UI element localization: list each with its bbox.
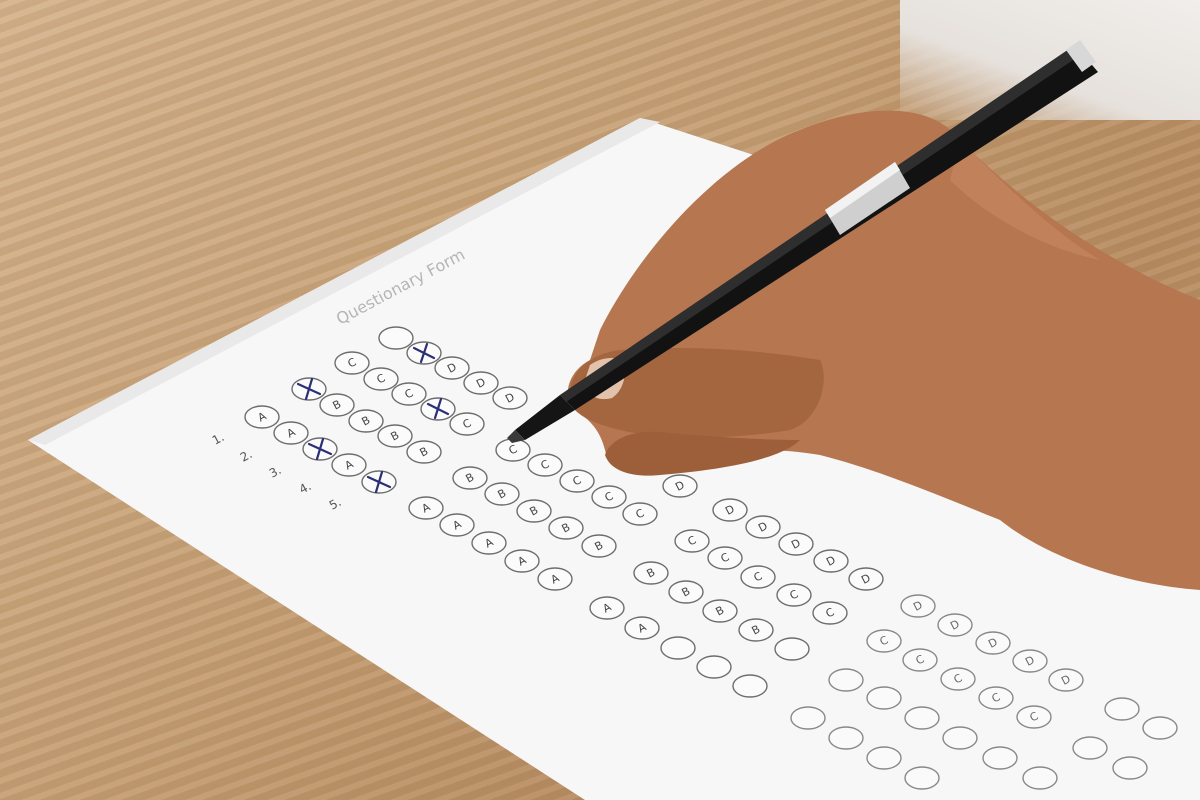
answer-bubble[interactable]: [292, 378, 326, 400]
answer-bubble[interactable]: D: [435, 357, 469, 379]
answer-bubble[interactable]: C: [392, 383, 426, 405]
wooden-desk: Questionary Form 1. 2. 3. 4. 5. A C A B …: [0, 0, 1200, 800]
answer-bubble[interactable]: B: [320, 394, 354, 416]
answer-bubble[interactable]: C: [364, 368, 398, 390]
answer-bubble[interactable]: D: [464, 372, 498, 394]
answer-bubble[interactable]: [362, 471, 396, 493]
answer-bubble[interactable]: [303, 438, 337, 460]
answer-bubble[interactable]: [407, 342, 441, 364]
answer-sheet: Questionary Form 1. 2. 3. 4. 5. A C A B …: [0, 0, 1200, 800]
answer-bubble[interactable]: B: [378, 425, 412, 447]
answer-bubble[interactable]: C: [450, 413, 484, 435]
answer-bubble[interactable]: A: [274, 422, 308, 444]
answer-bubble[interactable]: B: [349, 410, 383, 432]
answer-bubble[interactable]: D: [493, 387, 527, 409]
answer-bubble[interactable]: A: [245, 406, 279, 428]
answer-bubble[interactable]: C: [335, 352, 369, 374]
answer-bubble[interactable]: A: [332, 454, 366, 476]
answer-bubble[interactable]: B: [407, 441, 441, 463]
answer-bubble[interactable]: [379, 327, 413, 349]
answer-bubble[interactable]: [421, 398, 455, 420]
